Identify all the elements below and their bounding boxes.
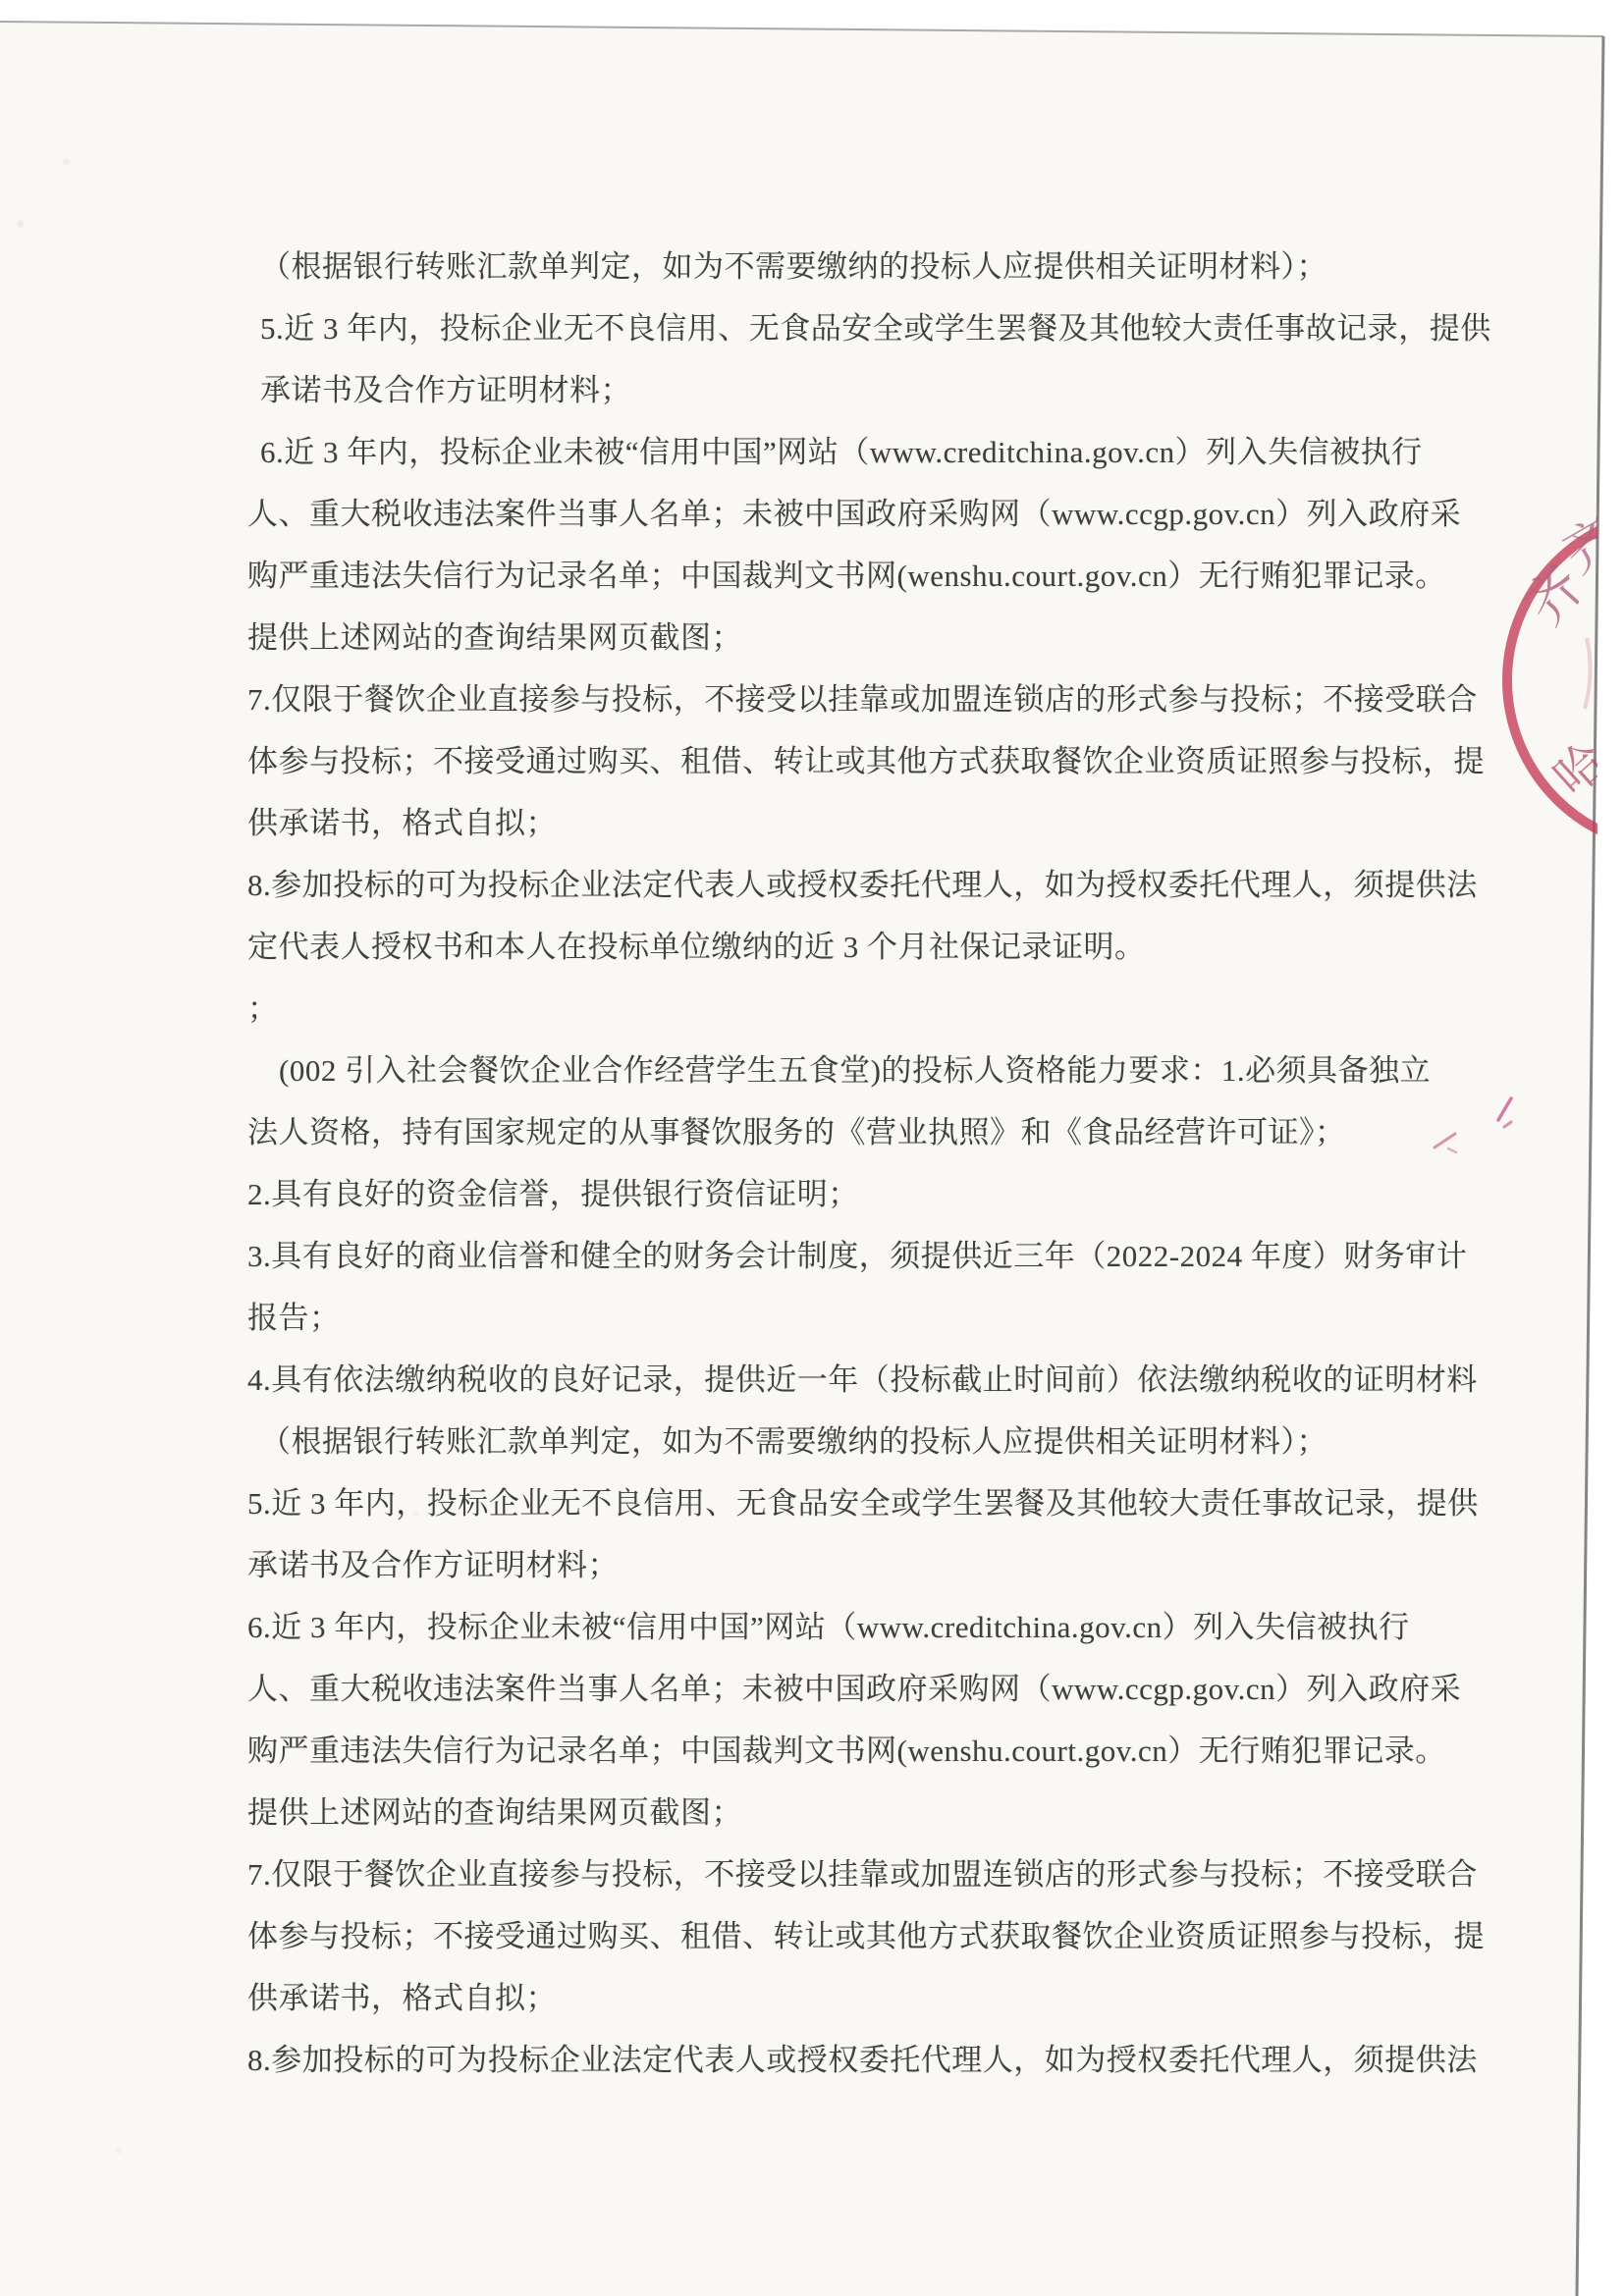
text-line: 8.参加投标的可为投标企业法定代表人或授权委托代理人，如为授权委托代理人，须提供… <box>247 2029 1485 2091</box>
text-line: 人、重大税收违法案件当事人名单；未被中国政府采购网（www.ccgp.gov.c… <box>247 483 1485 545</box>
text-line: 8.参加投标的可为投标企业法定代表人或授权委托代理人，如为授权委托代理人，须提供… <box>247 854 1485 916</box>
text-line: 3.具有良好的商业信誉和健全的财务会计制度，须提供近三年（2022-2024 年… <box>247 1225 1485 1287</box>
text-line: 6.近 3 年内，投标企业未被“信用中国”网站（www.creditchina.… <box>247 1596 1485 1658</box>
text-line: 5.近 3 年内，投标企业无不良信用、无食品安全或学生罢餐及其他较大责任事故记录… <box>247 1472 1485 1534</box>
text-line: 5.近 3 年内，投标企业无不良信用、无食品安全或学生罢餐及其他较大责任事故记录… <box>247 297 1485 359</box>
text-line: 承诺书及合作方证明材料； <box>247 359 1485 421</box>
text-line: 7.仅限于餐饮企业直接参与投标，不接受以挂靠或加盟连锁店的形式参与投标；不接受联… <box>247 1843 1485 1905</box>
scanned-document-page: （根据银行转账汇款单判定，如为不需要缴纳的投标人应提供相关证明材料）； 5.近 … <box>0 0 1624 2296</box>
text-line: 提供上述网站的查询结果网页截图； <box>247 607 1485 668</box>
red-official-stamp: 齐 齐 哈 <box>1473 491 1597 874</box>
text-line: 法人资格，持有国家规定的从事餐饮服务的《营业执照》和《食品经营许可证》； <box>247 1101 1485 1163</box>
text-line: 承诺书及合作方证明材料； <box>247 1534 1485 1596</box>
scan-speck <box>63 159 70 165</box>
text-line: 购严重违法失信行为记录名单；中国裁判文书网(wenshu.court.gov.c… <box>247 1720 1485 1782</box>
text-line: （根据银行转账汇款单判定，如为不需要缴纳的投标人应提供相关证明材料）； <box>247 236 1485 297</box>
text-line: 供承诺书，格式自拟； <box>247 1967 1485 2029</box>
text-line: 购严重违法失信行为记录名单；中国裁判文书网(wenshu.court.gov.c… <box>247 545 1485 607</box>
text-line: 4.具有依法缴纳税收的良好记录，提供近一年（投标截止时间前）依法缴纳税收的证明材… <box>247 1349 1485 1411</box>
text-line: ； <box>247 978 1485 1040</box>
text-line: 人、重大税收违法案件当事人名单；未被中国政府采购网（www.ccgp.gov.c… <box>247 1658 1485 1720</box>
text-line: 定代表人授权书和本人在投标单位缴纳的近 3 个月社保记录证明。 <box>247 916 1485 978</box>
scan-speck <box>18 220 24 228</box>
text-line: 2.具有良好的资金信誉，提供银行资信证明； <box>247 1163 1485 1225</box>
text-line: 体参与投标；不接受通过购买、租借、转让或其他方式获取餐饮企业资质证照参与投标，提 <box>247 1905 1485 1967</box>
text-line: （根据银行转账汇款单判定，如为不需要缴纳的投标人应提供相关证明材料）； <box>247 1411 1485 1472</box>
text-line: 供承诺书，格式自拟； <box>247 792 1485 854</box>
text-line: 报告； <box>247 1287 1485 1349</box>
stamp-faint-fragment <box>1585 638 1591 709</box>
text-line: 提供上述网站的查询结果网页截图； <box>247 1782 1485 1843</box>
document-text: （根据银行转账汇款单判定，如为不需要缴纳的投标人应提供相关证明材料）； 5.近 … <box>247 236 1485 2091</box>
text-line: 6.近 3 年内，投标企业未被“信用中国”网站（www.creditchina.… <box>247 421 1485 483</box>
text-line: (002 引入社会餐饮企业合作经营学生五食堂)的投标人资格能力要求：1.必须具备… <box>247 1040 1485 1101</box>
text-line: 体参与投标；不接受通过购买、租借、转让或其他方式获取餐饮企业资质证照参与投标，提 <box>247 730 1485 792</box>
text-line: 7.仅限于餐饮企业直接参与投标，不接受以挂靠或加盟连锁店的形式参与投标；不接受联… <box>247 668 1485 730</box>
scan-speck <box>116 2148 122 2153</box>
